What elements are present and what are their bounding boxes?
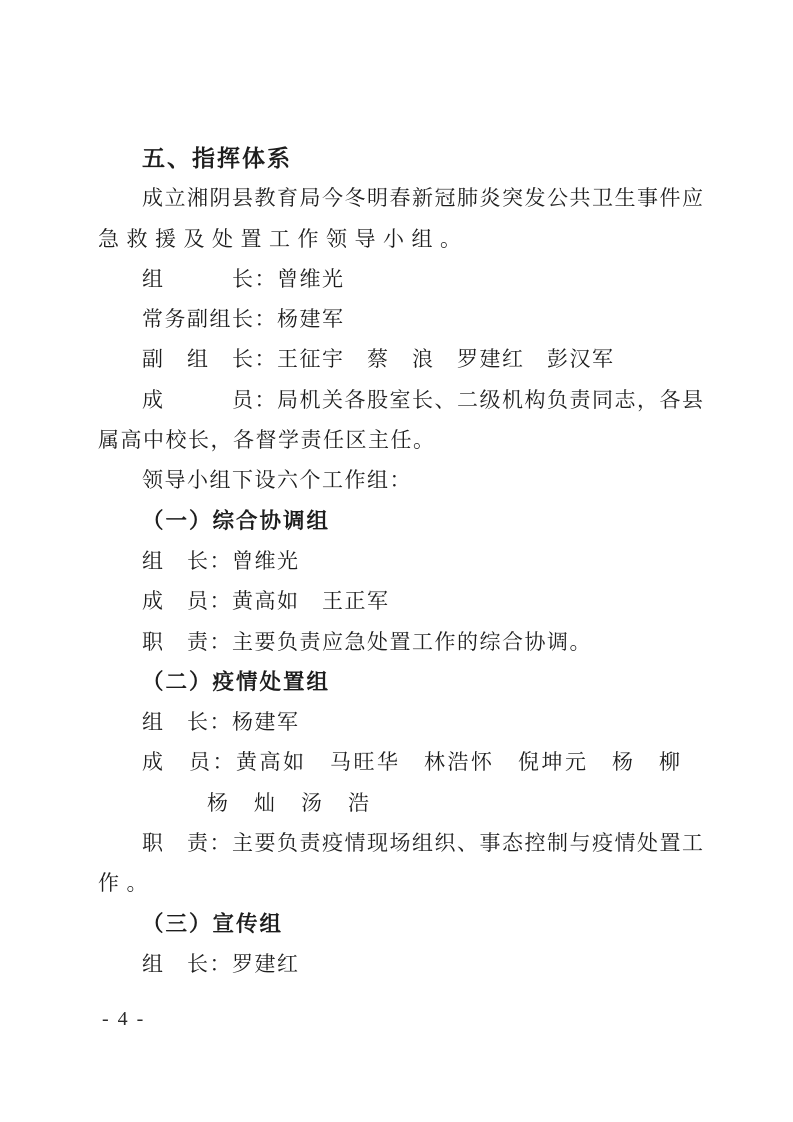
section-heading: 五、指挥体系: [98, 138, 713, 178]
role-line-members-1: 成 员：局机关各股室长、二级机构负责同志，各县: [98, 380, 713, 420]
group-2-leader: 组 长：杨建军: [98, 702, 713, 742]
text-block: 五、指挥体系成立湘阴县教育局今冬明春新冠肺炎突发公共卫生事件应急救援及处置工作领…: [98, 138, 713, 984]
paragraph-line-1: 成立湘阴县教育局今冬明春新冠肺炎突发公共卫生事件应: [98, 178, 713, 218]
group-2-duty-1: 职 责：主要负责疫情现场组织、事态控制与疫情处置工: [98, 823, 713, 863]
group-2-heading: （二）疫情处置组: [98, 662, 713, 702]
role-line-exec-deputy-leader: 常务副组长：杨建军: [98, 299, 713, 339]
document-page: 五、指挥体系成立湘阴县教育局今冬明春新冠肺炎突发公共卫生事件应急救援及处置工作领…: [0, 0, 793, 1122]
role-line-leader: 组 长：曾维光: [98, 259, 713, 299]
group-3-leader: 组 长：罗建红: [98, 944, 713, 984]
role-line-deputy-leaders: 副 组 长：王征宇 蔡 浪 罗建红 彭汉军: [98, 339, 713, 379]
page-number-footer: - 4 -: [102, 1008, 145, 1031]
group-1-members: 成 员：黄高如 王正军: [98, 581, 713, 621]
group-3-heading: （三）宣传组: [98, 904, 713, 944]
group-1-duty: 职 责：主要负责应急处置工作的综合协调。: [98, 622, 713, 662]
group-2-members-2: 杨 灿 汤 浩: [98, 783, 713, 823]
group-2-members-1: 成 员：黄高如 马旺华 林浩怀 倪坤元 杨 柳: [98, 742, 713, 782]
group-2-duty-2: 作。: [98, 863, 713, 903]
group-1-heading: （一）综合协调组: [98, 501, 713, 541]
role-line-members-2: 属高中校长，各督学责任区主任。: [98, 420, 713, 460]
intro-line-workgroups: 领导小组下设六个工作组：: [98, 460, 713, 500]
paragraph-line-2: 急救援及处置工作领导小组。: [98, 219, 713, 259]
group-1-leader: 组 长：曾维光: [98, 541, 713, 581]
